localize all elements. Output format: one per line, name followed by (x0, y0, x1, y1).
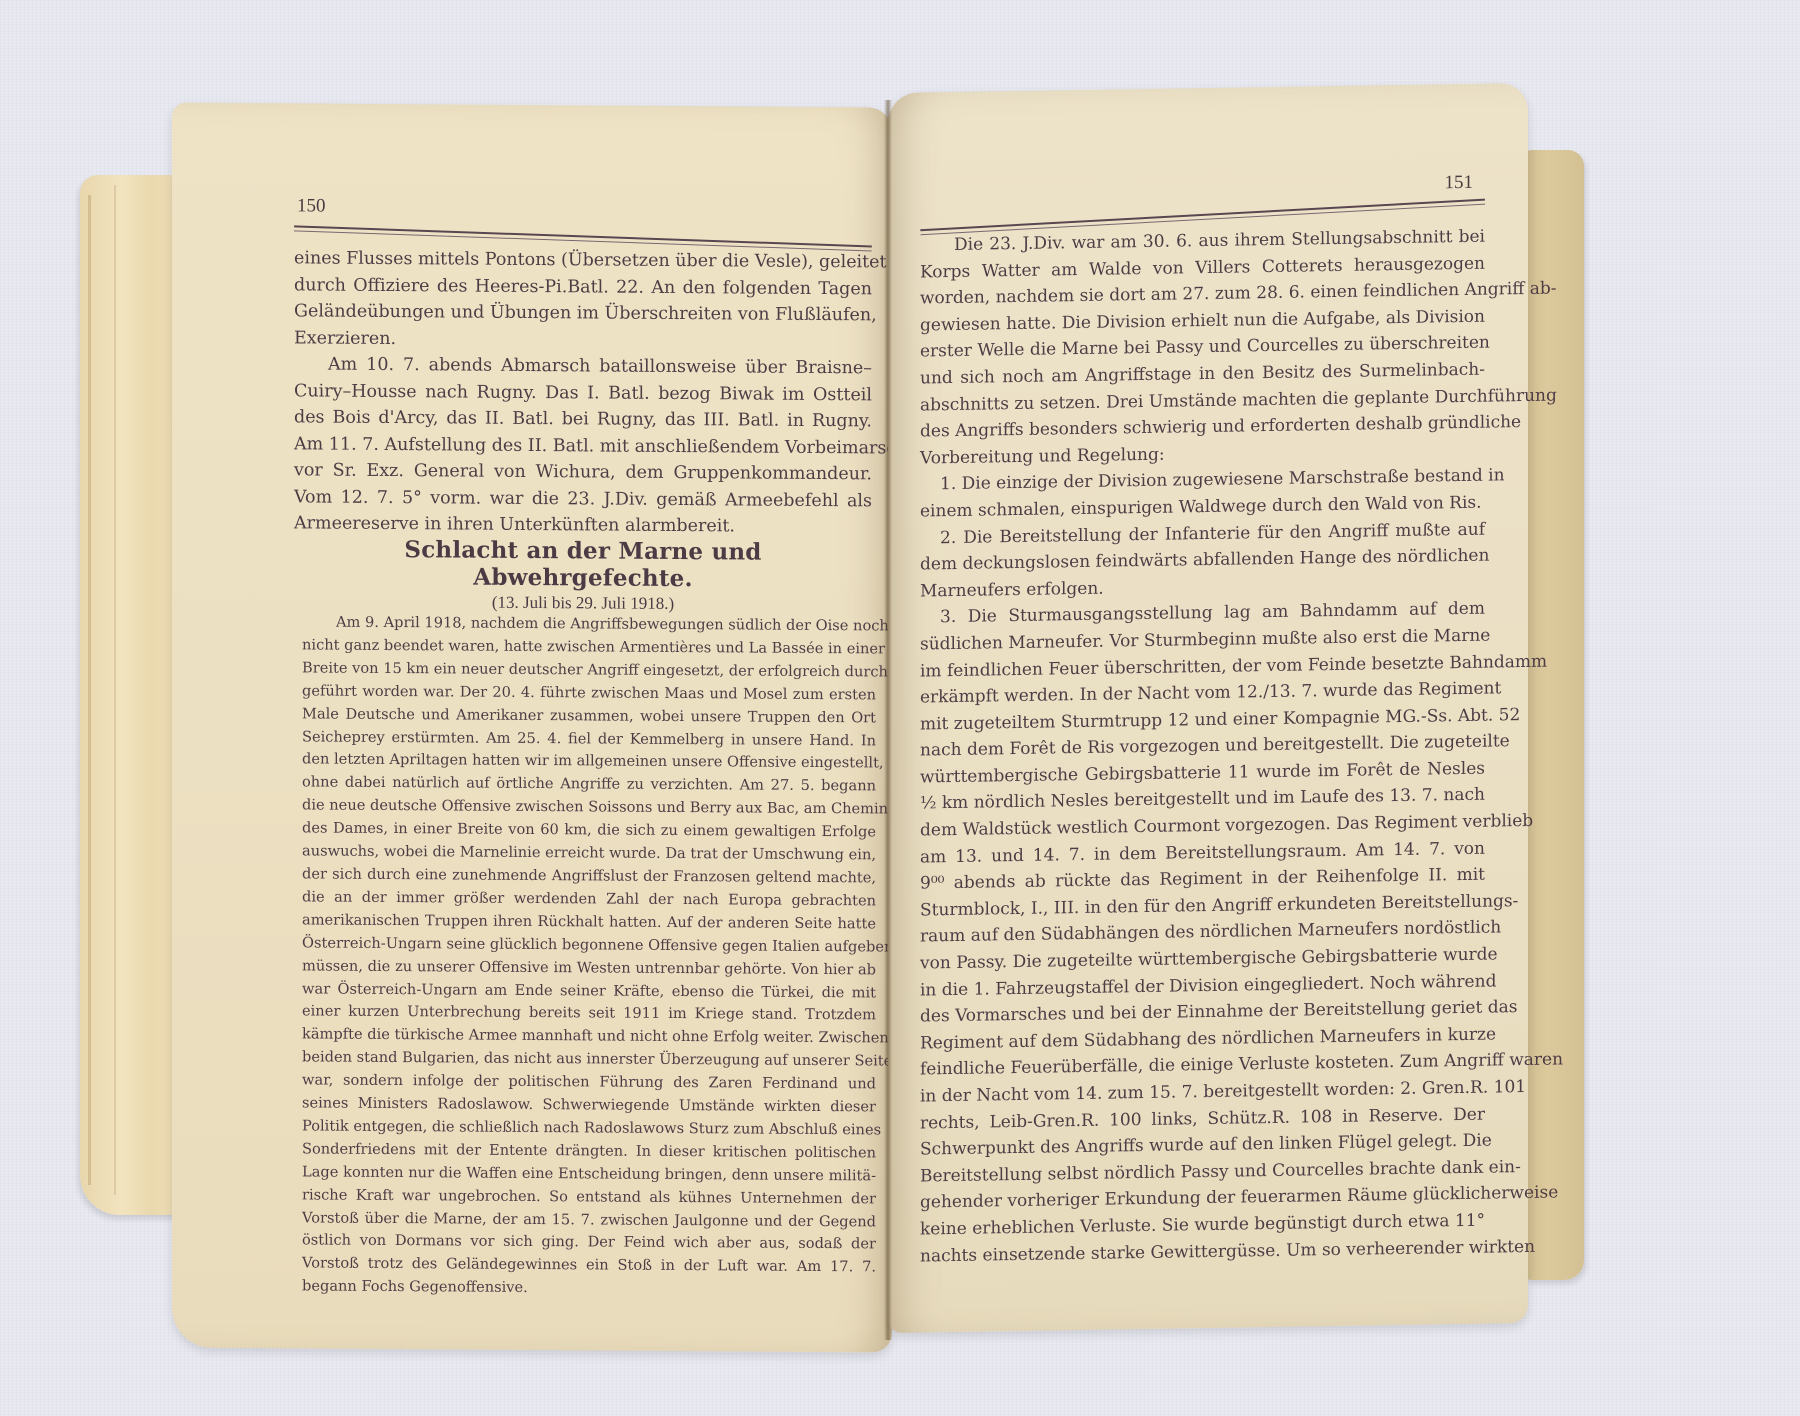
section-heading: Schlacht an der Marne und Abwehrgefechte… (294, 535, 872, 593)
text-line: Am 10. 7. abends Abmarsch bataillonsweis… (294, 351, 872, 382)
right-page: 151 Die 23. J.Div. war am 30. 6. aus ihr… (888, 83, 1528, 1333)
paragraph: Am 10. 7. abends Abmarsch bataillonsweis… (294, 351, 872, 541)
left-page: 150 eines Flusses mittels Pontons (Übers… (172, 102, 892, 1352)
text-line: durch Offiziere des Heeres-Pi.Batl. 22. … (294, 272, 872, 303)
right-main-text: Die 23. J.Div. war am 30. 6. aus ihrem S… (920, 224, 1485, 1270)
text-line: Geländeübungen und Übungen im Überschrei… (294, 298, 872, 329)
left-upper-text: eines Flusses mittels Pontons (Übersetze… (294, 245, 872, 541)
text-line: Exerzieren. (294, 325, 872, 356)
right-page-stack-edge (1522, 150, 1584, 1280)
text-line: rische Kraft war ungebrochen. So entstan… (302, 1184, 876, 1211)
page-number-left: 150 (297, 195, 326, 217)
photo-scene: 150 eines Flusses mittels Pontons (Übers… (0, 0, 1800, 1416)
text-line: des Bois d'Arcy, das II. Batl. bei Rugny… (294, 404, 872, 435)
text-line: Österreich-Ungarn seine glücklich begonn… (302, 932, 876, 959)
left-lower-text: Am 9. April 1918, nachdem die Angriffsbe… (302, 611, 876, 1302)
text-line: Cuiry–Housse nach Rugny. Das I. Batl. be… (294, 378, 872, 409)
page-number-right: 151 (1445, 172, 1474, 194)
text-line: müssen, die zu unserer Offensive im West… (302, 955, 876, 982)
text-line: vor Sr. Exz. General von Wichura, dem Gr… (294, 457, 872, 488)
text-line: Male Deutsche und Amerikaner zusammen, w… (302, 703, 876, 730)
text-line: eines Flusses mittels Pontons (Übersetze… (294, 245, 872, 276)
text-line: Vom 12. 7. 5° vorm. war die 23. J.Div. g… (294, 484, 872, 515)
section-heading-block: Schlacht an der Marne und Abwehrgefechte… (294, 535, 872, 615)
text-line: Am 11. 7. Aufstellung des II. Batl. mit … (294, 431, 872, 462)
text-line: begann Fochs Gegenoffensive. (302, 1276, 876, 1303)
paragraph: eines Flusses mittels Pontons (Übersetze… (294, 245, 872, 355)
book-gutter (884, 100, 892, 1340)
